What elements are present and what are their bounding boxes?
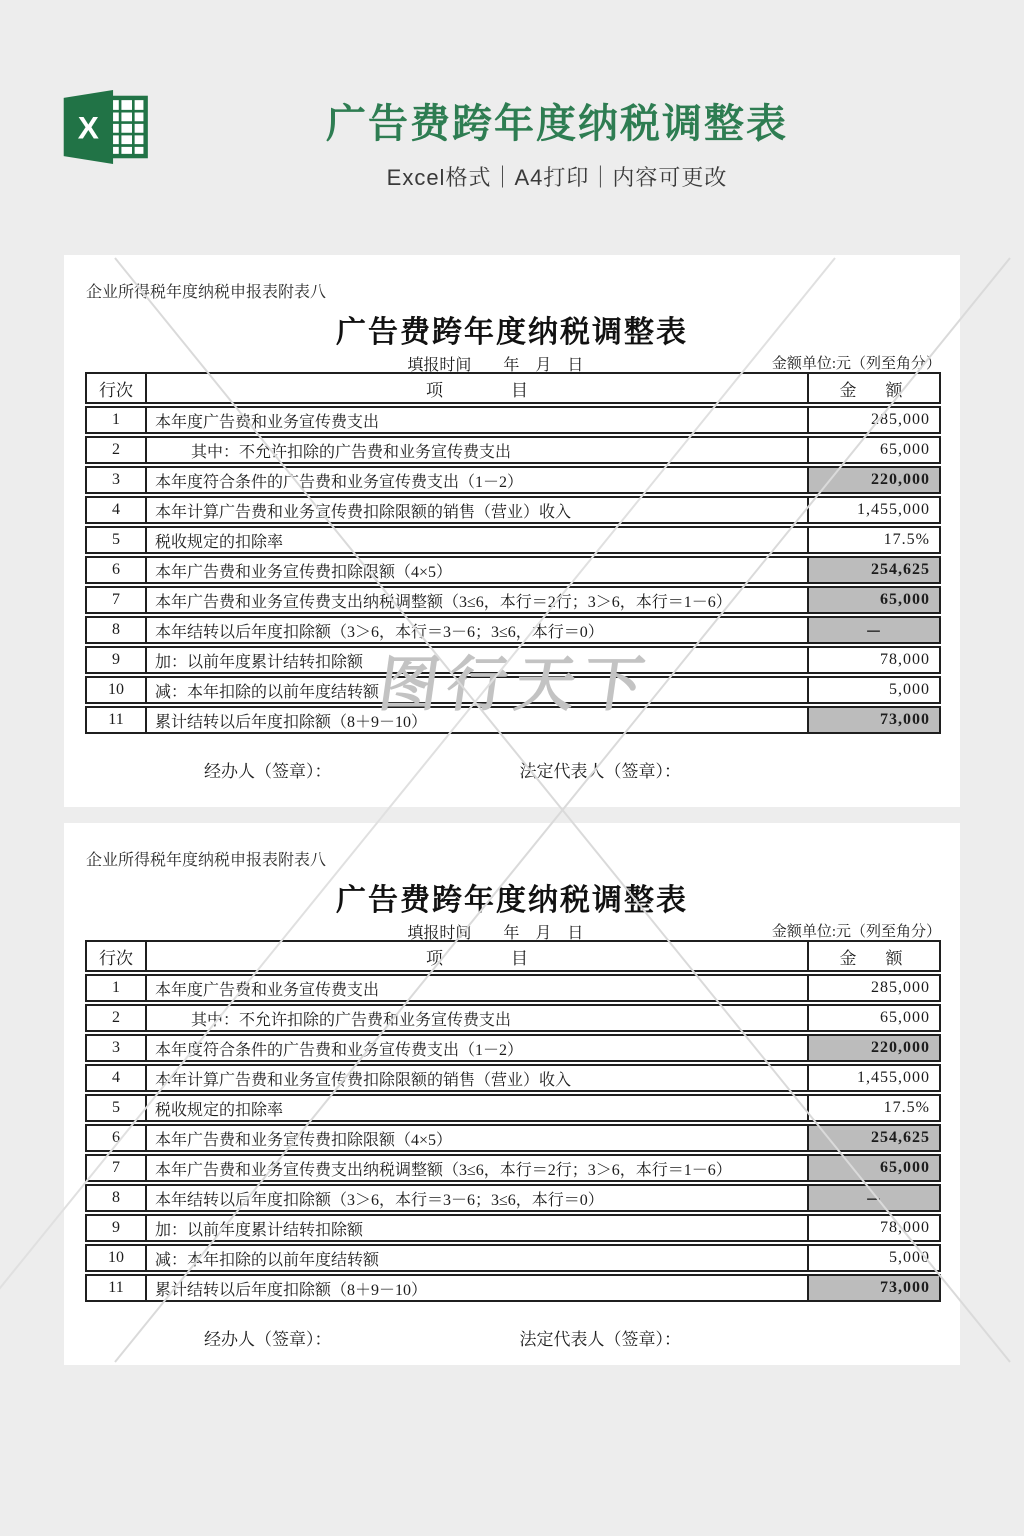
amount-cell: 73,000: [807, 708, 939, 732]
row-number-cell: 8: [87, 618, 147, 642]
doc-note: 企业所得税年度纳税申报表附表八: [86, 279, 326, 302]
row-number-cell: 8: [87, 1186, 147, 1210]
table-row: 1 本年度广告费和业务宣传费支出 285,000: [85, 406, 941, 434]
unit-label: 金额单位:元（列至角分）: [772, 352, 941, 373]
form-title: 广告费跨年度纳税调整表: [64, 307, 960, 351]
table-row: 9 加：以前年度累计结转扣除额 78,000: [85, 646, 941, 674]
amount-cell: 254,625: [807, 1126, 939, 1150]
row-number-cell: 10: [87, 1246, 147, 1270]
form-meta-row: 填报时间 年 月 日 金额单位:元（列至角分）: [85, 920, 941, 940]
amount-cell: 220,000: [807, 1036, 939, 1060]
table-row: 5 税收规定的扣除率 17.5%: [85, 1094, 941, 1122]
item-cell: 本年广告费和业务宣传费扣除限额（4×5）: [147, 1127, 807, 1150]
item-cell: 税收规定的扣除率: [147, 529, 807, 552]
row-number-cell: 2: [87, 438, 147, 462]
header-text-block: 广告费跨年度纳税调整表 Excel格式｜A4打印｜内容可更改: [150, 88, 964, 192]
excel-icon: X: [63, 90, 149, 164]
col-header-amount: 金 额: [807, 942, 939, 970]
page-subtitle: Excel格式｜A4打印｜内容可更改: [150, 161, 964, 192]
table-row: 2 其中：不允许扣除的广告费和业务宣传费支出 65,000: [85, 1004, 941, 1032]
row-number-cell: 11: [87, 708, 147, 732]
table-body: 1 本年度广告费和业务宣传费支出 285,000 2 其中：不允许扣除的广告费和…: [85, 406, 941, 734]
amount-cell: 5,000: [807, 1246, 939, 1270]
amount-cell: 285,000: [807, 976, 939, 1000]
row-number-cell: 10: [87, 678, 147, 702]
row-number-cell: 4: [87, 498, 147, 522]
amount-cell: 65,000: [807, 588, 939, 612]
table-row: 4 本年计算广告费和业务宣传费扣除限额的销售（营业）收入 1,455,000: [85, 496, 941, 524]
amount-cell: 65,000: [807, 438, 939, 462]
signature-row: 经办人（签章）： 法定代表人（签章）：: [204, 757, 681, 782]
table-row: 11 累计结转以后年度扣除额（8＋9－10） 73,000: [85, 706, 941, 734]
item-cell: 本年广告费和业务宣传费支出纳税调整额（3≤6，本行＝2行；3＞6，本行＝1－6）: [147, 589, 807, 612]
col-header-item: 项 目: [147, 944, 807, 969]
row-number-cell: 11: [87, 1276, 147, 1300]
table-body: 1 本年度广告费和业务宣传费支出 285,000 2 其中：不允许扣除的广告费和…: [85, 974, 941, 1302]
doc-note: 企业所得税年度纳税申报表附表八: [86, 847, 326, 870]
table-row: 9 加：以前年度累计结转扣除额 78,000: [85, 1214, 941, 1242]
row-number-cell: 7: [87, 588, 147, 612]
signature-row: 经办人（签章）： 法定代表人（签章）：: [204, 1325, 681, 1350]
template-preview-page: { "header": { "title": "广告费跨年度纳税调整表", "s…: [0, 0, 1024, 1536]
amount-cell: 1,455,000: [807, 498, 939, 522]
row-number-cell: 3: [87, 468, 147, 492]
table-row: 10 减：本年扣除的以前年度结转额 5,000: [85, 676, 941, 704]
item-cell: 累计结转以后年度扣除额（8＋9－10）: [147, 709, 807, 732]
item-cell: 本年度符合条件的广告费和业务宣传费支出（1－2）: [147, 1037, 807, 1060]
unit-label: 金额单位:元（列至角分）: [772, 920, 941, 941]
table-row: 2 其中：不允许扣除的广告费和业务宣传费支出 65,000: [85, 436, 941, 464]
row-number-cell: 4: [87, 1066, 147, 1090]
table-row: 1 本年度广告费和业务宣传费支出 285,000: [85, 974, 941, 1002]
amount-cell: －: [807, 618, 939, 642]
item-cell: 本年结转以后年度扣除额（3＞6，本行＝3－6；3≤6，本行＝0）: [147, 619, 807, 642]
row-number-cell: 6: [87, 1126, 147, 1150]
item-cell: 本年计算广告费和业务宣传费扣除限额的销售（营业）收入: [147, 499, 807, 522]
item-cell: 其中：不允许扣除的广告费和业务宣传费支出: [147, 439, 807, 462]
amount-cell: 78,000: [807, 648, 939, 672]
amount-cell: 73,000: [807, 1276, 939, 1300]
table-row: 6 本年广告费和业务宣传费扣除限额（4×5） 254,625: [85, 556, 941, 584]
form-card-1: 企业所得税年度纳税申报表附表八 广告费跨年度纳税调整表 填报时间 年 月 日 金…: [64, 255, 960, 807]
table-row: 3 本年度符合条件的广告费和业务宣传费支出（1－2） 220,000: [85, 466, 941, 494]
col-header-row-no: 行次: [87, 942, 147, 970]
table-row: 7 本年广告费和业务宣传费支出纳税调整额（3≤6，本行＝2行；3＞6，本行＝1－…: [85, 586, 941, 614]
legal-rep-sign-label: 法定代表人（签章）：: [520, 1325, 682, 1350]
table-row: 7 本年广告费和业务宣传费支出纳税调整额（3≤6，本行＝2行；3＞6，本行＝1－…: [85, 1154, 941, 1182]
item-cell: 其中：不允许扣除的广告费和业务宣传费支出: [147, 1007, 807, 1030]
item-cell: 税收规定的扣除率: [147, 1097, 807, 1120]
amount-cell: 1,455,000: [807, 1066, 939, 1090]
row-number-cell: 3: [87, 1036, 147, 1060]
amount-cell: －: [807, 1186, 939, 1210]
item-cell: 累计结转以后年度扣除额（8＋9－10）: [147, 1277, 807, 1300]
form-card-2: 企业所得税年度纳税申报表附表八 广告费跨年度纳税调整表 填报时间 年 月 日 金…: [64, 823, 960, 1365]
row-number-cell: 9: [87, 648, 147, 672]
amount-cell: 5,000: [807, 678, 939, 702]
amount-cell: 17.5%: [807, 1096, 939, 1120]
col-header-item: 项 目: [147, 376, 807, 401]
amount-cell: 65,000: [807, 1006, 939, 1030]
operator-sign-label: 经办人（签章）：: [204, 1325, 332, 1350]
item-cell: 加：以前年度累计结转扣除额: [147, 1217, 807, 1240]
item-cell: 本年度广告费和业务宣传费支出: [147, 409, 807, 432]
amount-cell: 254,625: [807, 558, 939, 582]
item-cell: 本年计算广告费和业务宣传费扣除限额的销售（营业）收入: [147, 1067, 807, 1090]
item-cell: 本年度符合条件的广告费和业务宣传费支出（1－2）: [147, 469, 807, 492]
svg-text:X: X: [78, 109, 99, 145]
table-header-row: 行次 项 目 金 额: [85, 940, 941, 972]
item-cell: 减：本年扣除的以前年度结转额: [147, 679, 807, 702]
row-number-cell: 6: [87, 558, 147, 582]
item-cell: 本年结转以后年度扣除额（3＞6，本行＝3－6；3≤6，本行＝0）: [147, 1187, 807, 1210]
row-number-cell: 1: [87, 976, 147, 1000]
table-row: 8 本年结转以后年度扣除额（3＞6，本行＝3－6；3≤6，本行＝0） －: [85, 616, 941, 644]
table-row: 8 本年结转以后年度扣除额（3＞6，本行＝3－6；3≤6，本行＝0） －: [85, 1184, 941, 1212]
item-cell: 本年广告费和业务宣传费支出纳税调整额（3≤6，本行＝2行；3＞6，本行＝1－6）: [147, 1157, 807, 1180]
row-number-cell: 5: [87, 528, 147, 552]
row-number-cell: 7: [87, 1156, 147, 1180]
table-row: 6 本年广告费和业务宣传费扣除限额（4×5） 254,625: [85, 1124, 941, 1152]
page-header: X 广告费跨年度纳税调整表 Excel格式｜A4打印｜内容可更改: [0, 88, 1024, 188]
table-row: 10 减：本年扣除的以前年度结转额 5,000: [85, 1244, 941, 1272]
amount-cell: 17.5%: [807, 528, 939, 552]
form-meta-row: 填报时间 年 月 日 金额单位:元（列至角分）: [85, 352, 941, 372]
item-cell: 加：以前年度累计结转扣除额: [147, 649, 807, 672]
operator-sign-label: 经办人（签章）：: [204, 757, 332, 782]
amount-cell: 220,000: [807, 468, 939, 492]
table-row: 4 本年计算广告费和业务宣传费扣除限额的销售（营业）收入 1,455,000: [85, 1064, 941, 1092]
table-row: 3 本年度符合条件的广告费和业务宣传费支出（1－2） 220,000: [85, 1034, 941, 1062]
amount-cell: 65,000: [807, 1156, 939, 1180]
row-number-cell: 2: [87, 1006, 147, 1030]
legal-rep-sign-label: 法定代表人（签章）：: [520, 757, 682, 782]
item-cell: 本年广告费和业务宣传费扣除限额（4×5）: [147, 559, 807, 582]
item-cell: 本年度广告费和业务宣传费支出: [147, 977, 807, 1000]
item-cell: 减：本年扣除的以前年度结转额: [147, 1247, 807, 1270]
col-header-amount: 金 额: [807, 374, 939, 402]
adjustment-table: 行次 项 目 金 额 1 本年度广告费和业务宣传费支出 285,000 2 其中…: [85, 940, 941, 1304]
table-row: 5 税收规定的扣除率 17.5%: [85, 526, 941, 554]
table-row: 11 累计结转以后年度扣除额（8＋9－10） 73,000: [85, 1274, 941, 1302]
table-header-row: 行次 项 目 金 额: [85, 372, 941, 404]
row-number-cell: 1: [87, 408, 147, 432]
row-number-cell: 5: [87, 1096, 147, 1120]
amount-cell: 78,000: [807, 1216, 939, 1240]
adjustment-table: 行次 项 目 金 额 1 本年度广告费和业务宣传费支出 285,000 2 其中…: [85, 372, 941, 736]
form-title: 广告费跨年度纳税调整表: [64, 875, 960, 919]
page-title: 广告费跨年度纳税调整表: [150, 92, 964, 149]
col-header-row-no: 行次: [87, 374, 147, 402]
amount-cell: 285,000: [807, 408, 939, 432]
row-number-cell: 9: [87, 1216, 147, 1240]
